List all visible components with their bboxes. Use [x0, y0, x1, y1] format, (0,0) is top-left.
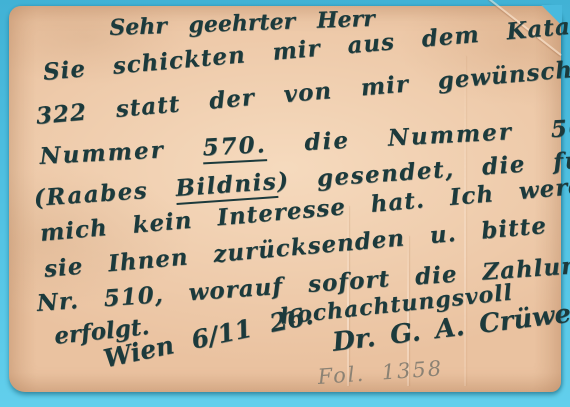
postcard: Sehr geehrter Herr Sie schickten mir aus…	[9, 6, 561, 392]
scan-background: Sehr geehrter Herr Sie schickten mir aus…	[0, 0, 570, 407]
body-line-3-pre: Nummer	[39, 134, 203, 170]
archival-note-pencil: Fol. 1358	[317, 357, 444, 389]
body-line-4-pre: (Raabes	[33, 175, 177, 212]
underlined-word-570: 570.	[202, 131, 268, 164]
